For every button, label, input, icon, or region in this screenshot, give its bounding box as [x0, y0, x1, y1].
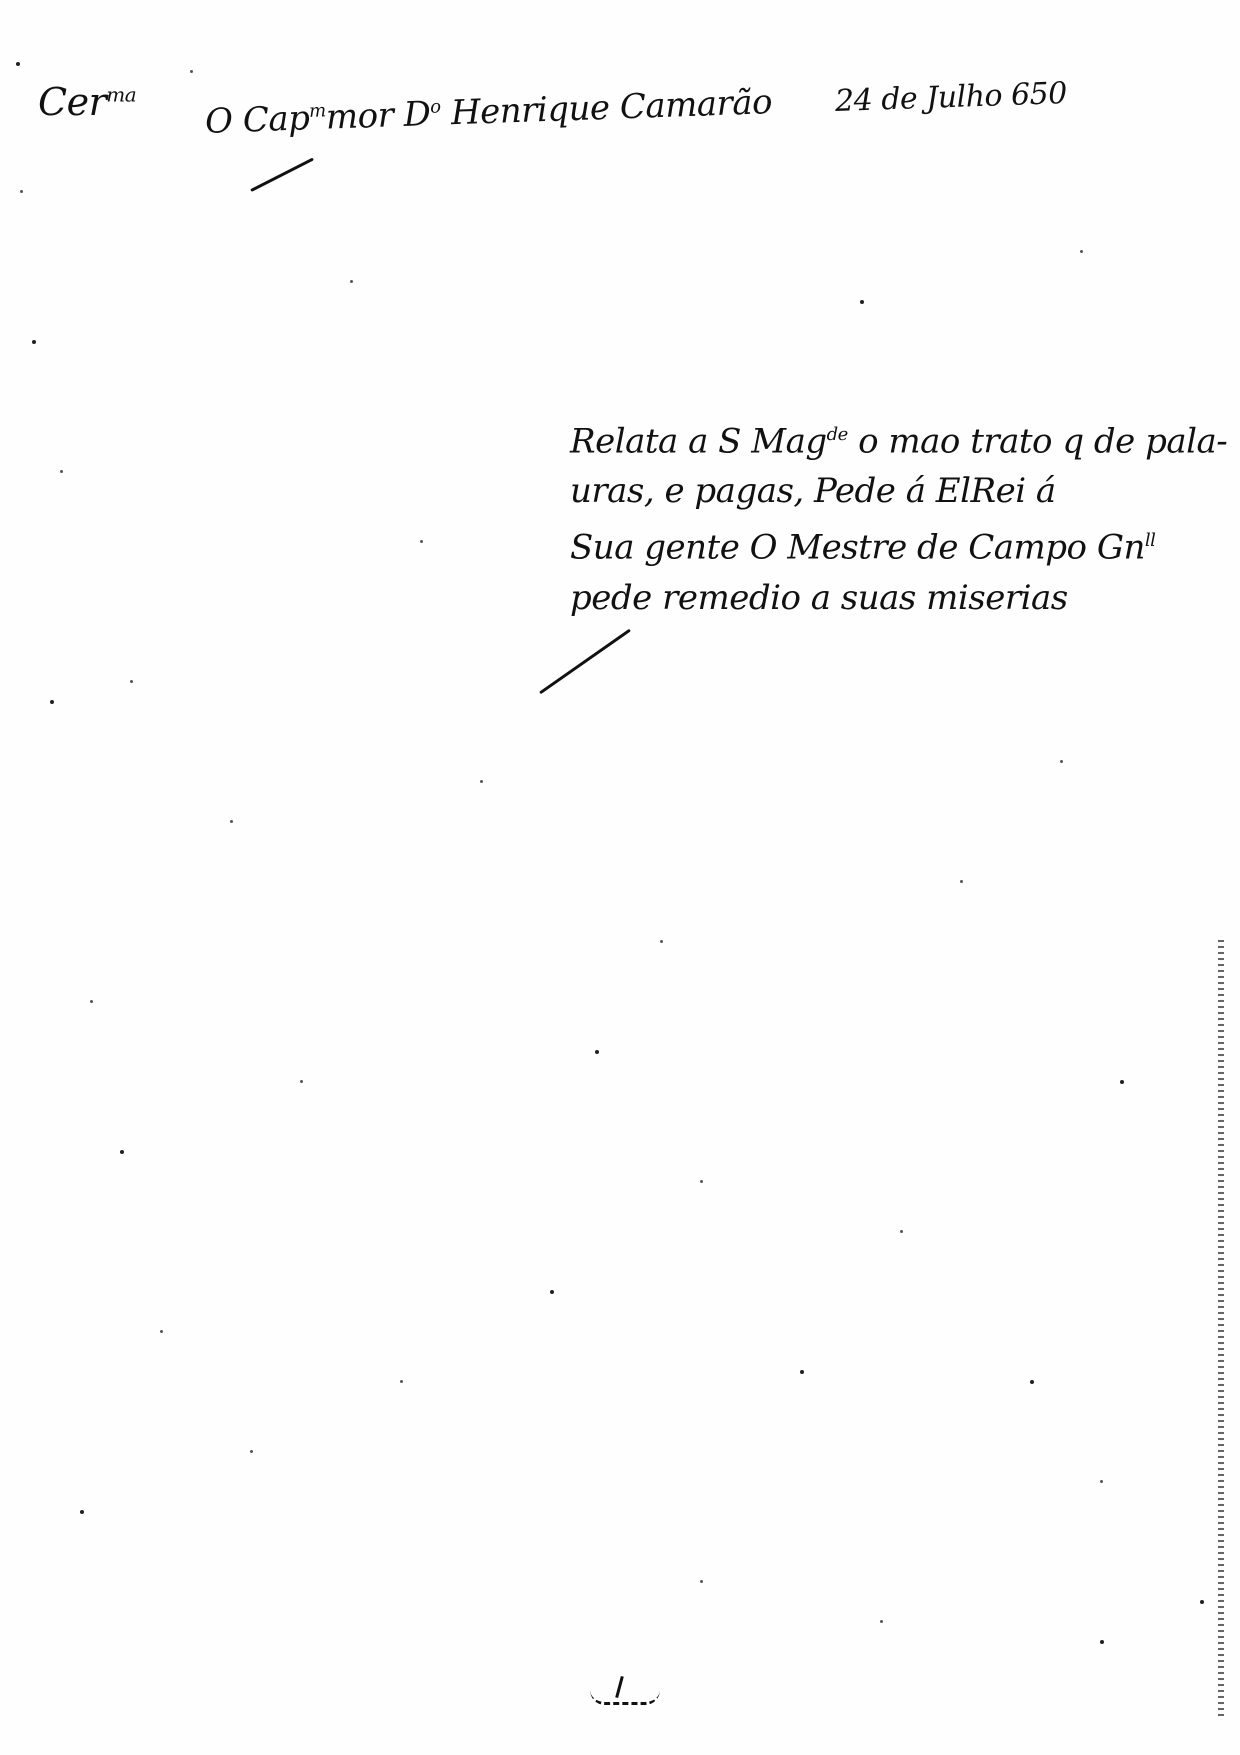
scan-speck: [660, 940, 663, 943]
scan-speck: [400, 1380, 403, 1383]
scan-speck: [300, 1080, 303, 1083]
scan-speck: [20, 190, 23, 193]
scan-speck: [1060, 760, 1063, 763]
summary-line-1-start: Relata a S Mag: [570, 421, 827, 461]
summary-line-3-text: Sua gente O Mestre de Campo Gn: [570, 528, 1145, 568]
page-edge-shadow: [1218, 940, 1224, 1720]
scan-speck: [120, 1150, 124, 1154]
scan-speck: [1100, 1640, 1104, 1644]
scan-speck: [420, 540, 423, 543]
scan-speck: [80, 1510, 84, 1514]
scan-speck: [880, 1620, 883, 1623]
addressee-name: Henrique Camarão: [450, 82, 772, 133]
summary-line-3: Sua gente O Mestre de Campo Gnll: [570, 516, 1227, 572]
scan-speck: [230, 820, 233, 823]
summary-flourish: [539, 629, 631, 695]
scan-speck: [800, 1370, 804, 1374]
scan-speck: [595, 1050, 599, 1054]
scan-speck: [860, 300, 864, 304]
scan-speck: [1100, 1480, 1103, 1483]
scan-speck: [32, 340, 36, 344]
header-left-text: Cer: [38, 80, 106, 124]
scan-speck: [700, 1180, 703, 1183]
scan-speck: [480, 780, 483, 783]
scan-speck: [16, 62, 20, 66]
scan-speck: [960, 880, 963, 883]
footer-flourish-mark: [590, 1690, 660, 1705]
addressee-title: O Cap: [204, 98, 310, 142]
header-left-superscript: ma: [106, 82, 136, 106]
scan-speck: [550, 1290, 554, 1294]
summary-line-4: pede remedio a suas miserias: [570, 573, 1227, 623]
addressee-superscript: o: [430, 96, 441, 117]
summary-line-1-superscript: de: [827, 424, 848, 445]
header-date: 24 de Julho 650: [834, 76, 1067, 119]
scan-speck: [350, 280, 353, 283]
scan-speck: [50, 700, 54, 704]
scan-speck: [1200, 1600, 1204, 1604]
scan-speck: [160, 1330, 163, 1333]
scan-speck: [130, 680, 133, 683]
scan-speck: [1120, 1080, 1124, 1084]
scan-speck: [1030, 1380, 1034, 1384]
scan-speck: [250, 1450, 253, 1453]
addressee-flourish: [250, 158, 314, 192]
addressee-title-rest: mor D: [325, 94, 431, 138]
summary-line-3-superscript: ll: [1145, 530, 1156, 551]
header-left-abbreviation: Cerma: [38, 80, 136, 124]
scan-speck: [700, 1580, 703, 1583]
summary-block: Relata a S Magde o mao trato q de pala- …: [570, 410, 1227, 623]
summary-line-1-rest: o mao trato q de pala-: [848, 421, 1227, 461]
header-addressee: O Capmmor Do Henrique Camarão: [204, 82, 772, 142]
scan-speck: [90, 1000, 93, 1003]
addressee-title-superscript: m: [309, 100, 326, 122]
summary-line-2: uras, e pagas, Pede á ElRei á: [570, 466, 1227, 516]
scan-speck: [1080, 250, 1083, 253]
summary-line-1: Relata a S Magde o mao trato q de pala-: [570, 410, 1227, 466]
scan-speck: [190, 70, 193, 73]
scan-speck: [900, 1230, 903, 1233]
scan-speck: [60, 470, 63, 473]
manuscript-page: Cerma O Capmmor Do Henrique Camarão 24 d…: [0, 0, 1240, 1755]
